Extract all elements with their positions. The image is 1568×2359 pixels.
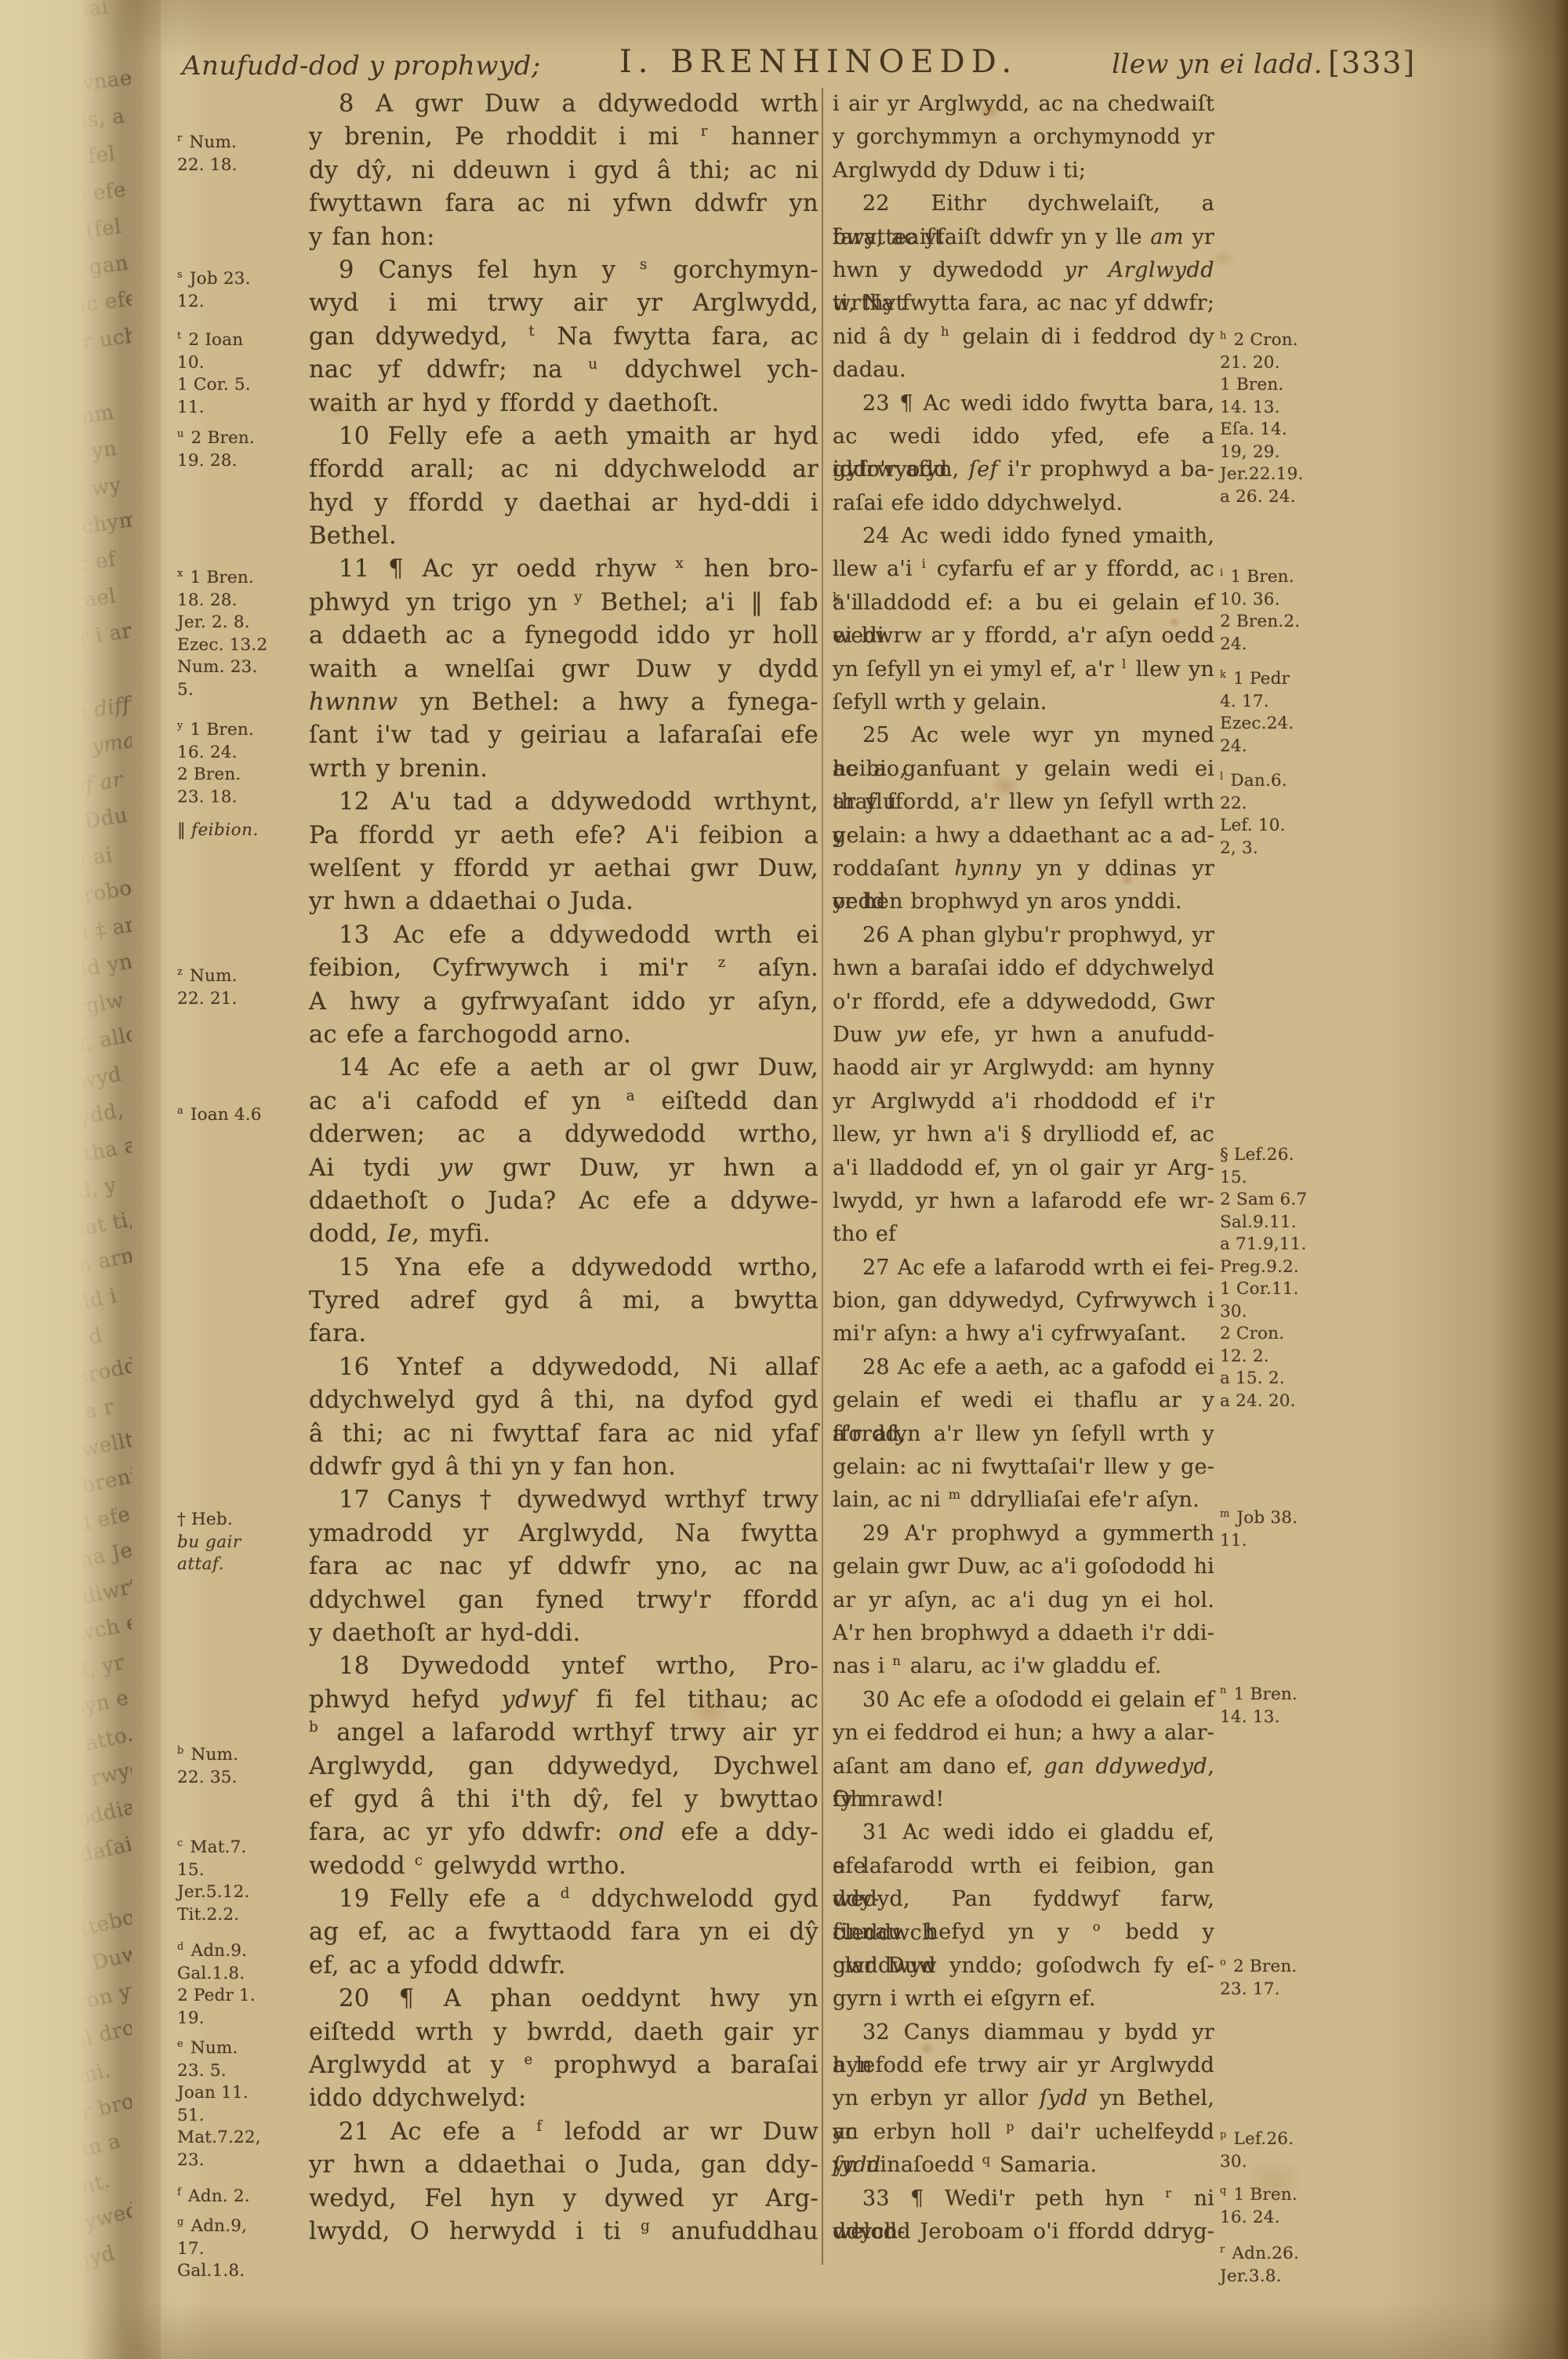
text-line: waith ar hyd y ffordd y daethoſt.: [309, 387, 818, 420]
text-line: hwn a baraſai iddo ef ddychwelyd: [833, 952, 1214, 985]
margin-note-line: 14. 13.: [1220, 1707, 1298, 1729]
text-line: nac yf ddwfr; na u ddychwel ych-: [309, 354, 818, 387]
text-line: y fan hon:: [309, 221, 818, 254]
margin-note-line: 30.: [1220, 1301, 1307, 1324]
margin-note-line: r Num.: [177, 132, 238, 154]
margin-note-line: 2 Bren.2.: [1220, 611, 1300, 634]
scanned-book-page: r bobl, y rhaiefi.roboam a wnaetwythfed …: [0, 0, 1568, 2359]
margin-note-line: 16. 24.: [1220, 2207, 1298, 2230]
column-divider-rule: [822, 88, 823, 2265]
margin-note-line: Ezec.24.: [1220, 713, 1294, 736]
margin-note-line: ‖ feibion.: [177, 820, 259, 842]
text-line: 22 Eithr dychwelaiſt, a bwytteaiſt: [833, 187, 1214, 220]
text-line: bion, gan ddywedyd, Cyfrwywch i: [833, 1285, 1214, 1318]
text-line: A hwy a gyfrwyaſant iddo yr aſyn,: [309, 986, 818, 1019]
text-line: a'r aſyn a'r llew yn ſefyll wrth y: [833, 1418, 1214, 1451]
text-line: b angel a lafarodd wrthyf trwy air yr: [309, 1717, 818, 1750]
margin-note: e Num.23. 5.Joan 11.51.Mat.7.22,23.: [177, 2037, 261, 2172]
text-line: fara, ac yr yfo ddwfr: ond efe a ddy-: [309, 1816, 818, 1849]
text-line: 11 ¶ Ac yr oedd rhyw x hen bro-: [309, 553, 818, 586]
margin-note-line: a Ioan 4.6: [177, 1104, 262, 1127]
margin-note: † Heb.bu gairattaf.: [177, 1509, 241, 1576]
margin-note: i 1 Bren.10. 36.2 Bren.2.24.: [1220, 566, 1300, 656]
text-line: ffordd arall; ac ni ddychwelodd ar: [309, 453, 818, 486]
text-line: ar y ffordd, a'r llew yn ſefyll wrth y: [833, 786, 1214, 819]
text-line: gyrn i wrth ei eſgyrn ef.: [833, 1983, 1214, 2016]
text-line: Bethel.: [309, 520, 818, 553]
text-line: 31 Ac wedi iddo ei gladdu ef, efe: [833, 1816, 1214, 1849]
text-line: 23 ¶ Ac wedi iddo fwytta bara,: [833, 387, 1214, 420]
margin-note-line: s Job 23.: [177, 268, 251, 291]
text-line: hwn y dywedodd yr Arglwydd wrthyt: [833, 254, 1214, 287]
text-line: ddychwel gan fyned trwy'r ffordd: [309, 1584, 818, 1617]
text-line: y brenin, Pe rhoddit i mi r hanner: [309, 121, 818, 154]
text-line: llew a'i i cyfarfu ef ar y ffordd, ac a'…: [833, 553, 1214, 586]
text-line: yr hwn a ddaethai o Juda.: [309, 885, 818, 918]
text-line: finnau hefyd yn y o bedd y claddwyd: [833, 1916, 1214, 1949]
text-line: llew, yr hwn a'i § drylliodd ef, ac: [833, 1118, 1214, 1151]
margin-note-line: 2 Cron.: [1220, 1323, 1307, 1346]
text-line: mi'r aſyn: a hwy a'i cyfrwyaſant.: [833, 1318, 1214, 1350]
margin-note-line: i 1 Bren.: [1220, 566, 1300, 589]
text-line: nid â dy h gelain di i feddrod dy: [833, 321, 1214, 354]
text-line: ymadrodd yr Arglwydd, Na fwytta: [309, 1518, 818, 1550]
margin-note-line: Eſa. 14.: [1220, 419, 1303, 442]
bleed-page: r bobl, y rhaiefi.roboam a wnaetwythfed …: [0, 5, 132, 2314]
text-line: wedyd, Fel hyn y dywed yr Arg-: [309, 2183, 818, 2215]
page-number: [333]: [1328, 45, 1416, 80]
margin-note-line: 2 Pedr 1.: [177, 1985, 256, 2008]
text-line: phwyd hefyd ydwyf fi fel tithau; ac: [309, 1684, 818, 1717]
book-title: I. BRENHINOEDD.: [619, 44, 1018, 80]
margin-note-line: a 15. 2.: [1220, 1368, 1307, 1390]
margin-note-line: k 1 Pedr: [1220, 668, 1294, 691]
text-line: 26 A phan glybu'r prophwyd, yr: [833, 919, 1214, 952]
margin-note-line: 19, 29.: [1220, 442, 1303, 464]
margin-note: r Adn.26.Jer.3.8.: [1220, 2243, 1299, 2288]
text-line: eiſtedd wrth y bwrdd, daeth gair yr: [309, 2016, 818, 2049]
margin-note: r Num.22. 18.: [177, 132, 238, 176]
text-line: roddaſant hynny yn y ddinas yr oedd: [833, 852, 1214, 885]
text-line: A'r hen brophwyd a ddaeth i'r ddi-: [833, 1617, 1214, 1650]
text-line: 17 Canys † dywedwyd wrthyf trwy: [309, 1484, 818, 1517]
margin-note: t 2 Ioan10.1 Cor. 5.11.: [177, 329, 251, 419]
margin-note-line: d Adn.9.: [177, 1940, 256, 1963]
text-line: 27 Ac efe a lafarodd wrth ei fei-: [833, 1252, 1214, 1285]
margin-note-line: 1 Bren.: [1220, 374, 1303, 397]
text-line: 16 Yntef a ddywedodd, Ni allaf: [309, 1351, 818, 1384]
margin-note: z Num.22. 21.: [177, 965, 238, 1010]
margin-note: b Num.22. 35.: [177, 1744, 238, 1789]
previous-page-bleed: r bobl, y rhaiefi.roboam a wnaetwythfed …: [0, 0, 132, 2359]
margin-note-line: 22. 18.: [177, 154, 238, 177]
margin-note-line: b Num.: [177, 1744, 238, 1767]
text-line: fara ac nac yf ddwfr yno, ac na: [309, 1550, 818, 1583]
margin-note: k 1 Pedr4. 17.Ezec.24.24.: [1220, 668, 1294, 758]
margin-note: l Dan.6.22.Lef. 10.2, 3.: [1220, 770, 1287, 860]
text-line: o'r ffordd, efe a ddywedodd, Gwr: [833, 986, 1214, 1019]
text-line: ac wedi iddo yfed, efe a gyfrwyodd: [833, 420, 1214, 453]
text-line: 20 ¶ A phan oeddynt hwy yn: [309, 1983, 818, 2016]
text-line: wedodd c gelwydd wrtho.: [309, 1850, 818, 1883]
margin-note: x 1 Bren.18. 28.Jer. 2. 8.Ezec. 13.2Num.…: [177, 567, 267, 701]
text-line: ddwfr gyd â thi yn y fan hon.: [309, 1451, 818, 1484]
margin-note-line: t 2 Ioan: [177, 329, 251, 352]
text-line: 28 Ac efe a aeth, ac a gafodd ei: [833, 1351, 1214, 1384]
margin-note-line: 23. 5.: [177, 2060, 261, 2083]
text-line: yr Arglwydd a'i rhoddodd ef i'r: [833, 1085, 1214, 1118]
margin-note-line: attaf.: [177, 1554, 241, 1576]
text-line: hyd y ffordd y daethai ar hyd-ddi i: [309, 487, 818, 520]
margin-note-line: u 2 Bren.: [177, 427, 255, 450]
text-line: lwydd, yr hwn a lafarodd efe wr-: [833, 1185, 1214, 1218]
margin-note-line: † Heb.: [177, 1509, 241, 1532]
margin-note: m Job 38.11.: [1220, 1507, 1298, 1552]
text-line: k lladdodd ef: a bu ei gelain ef wedi: [833, 587, 1214, 620]
margin-note-line: Preg.9.2.: [1220, 1256, 1307, 1279]
text-line: gelain ef wedi ei thaflu ar y ffordd,: [833, 1384, 1214, 1417]
text-line: 18 Dywedodd yntef wrtho, Pro-: [309, 1650, 818, 1683]
text-line: welſent y ffordd yr aethai gwr Duw,: [309, 852, 818, 885]
text-line: aſant am dano ef, gan ddywedyd, Oh: [833, 1750, 1214, 1783]
margin-note-line: o 2 Bren.: [1220, 1956, 1297, 1979]
margin-note: ‖ feibion.: [177, 820, 259, 842]
text-line: lwydd, O herwydd i ti g anufuddhau: [309, 2215, 818, 2248]
text-line: ef, ac a yfodd ddwfr.: [309, 1950, 818, 1983]
text-line: 10 Felly efe a aeth ymaith ar hyd: [309, 420, 818, 453]
margin-note-line: Ezec. 13.2: [177, 634, 267, 657]
text-line: 33 ¶ Wedi'r peth hyn r ni ddych-: [833, 2183, 1214, 2215]
margin-note-line: 19. 28.: [177, 450, 255, 473]
text-line: 8 A gwr Duw a ddywedodd wrth: [309, 88, 818, 121]
running-title-right: llew yn ei ladd.: [1112, 49, 1323, 80]
margin-note-line: 23.: [177, 2150, 261, 2172]
text-line: raſai efe iddo ddychwelyd.: [833, 487, 1214, 520]
text-line: ddaethoſt o Juda? Ac efe a ddywe-: [309, 1185, 818, 1218]
margin-note-line: Tit.2.2.: [177, 1904, 250, 1927]
margin-note-line: q 1 Bren.: [1220, 2184, 1298, 2207]
margin-note-line: a 26. 24.: [1220, 486, 1303, 509]
text-line: 14 Ac efe a aeth ar ol gwr Duw,: [309, 1052, 818, 1085]
margin-note: d Adn.9.Gal.1.8.2 Pedr 1.19.: [177, 1940, 256, 2030]
margin-note-line: 22. 21.: [177, 988, 238, 1011]
margin-note: y 1 Bren.16. 24.2 Bren.23. 18.: [177, 719, 254, 809]
margin-note-line: Jer.5.12.: [177, 1881, 250, 1904]
margin-note-line: 22.: [1220, 793, 1287, 816]
margin-note-line: 11.: [1220, 1530, 1298, 1553]
margin-note-line: m Job 38.: [1220, 1507, 1298, 1530]
text-line: 12 A'u tad a ddywedodd wrthynt,: [309, 786, 818, 819]
margin-note-line: Joan 11.: [177, 2082, 261, 2105]
text-line: yn ei feddrod ei hun; a hwy a alar-: [833, 1717, 1214, 1750]
margin-note-line: 10. 36.: [1220, 589, 1300, 612]
margin-note-line: p Lef.26.: [1220, 2128, 1294, 2151]
margin-note-line: 11.: [177, 397, 251, 420]
margin-note-line: Jer. 2. 8.: [177, 612, 267, 634]
margin-note-line: 23. 18.: [177, 787, 254, 809]
text-line: ei bwrw ar y ffordd, a'r aſyn oedd: [833, 620, 1214, 652]
margin-note: s Job 23.12.: [177, 268, 251, 313]
margin-note-line: Mat.7.22,: [177, 2127, 261, 2150]
margin-note-line: 17.: [177, 2238, 247, 2261]
text-line: dodd, Ie, myfi.: [309, 1218, 818, 1251]
text-line: ti, Na fwytta fara, ac nac yf ddwfr;: [833, 287, 1214, 320]
text-line: ef gyd â thi i'th dŷ, fel y bwyttao: [309, 1783, 818, 1816]
text-line: ar yr aſyn, ac a'i dug yn ei hol.: [833, 1584, 1214, 1617]
margin-note: f Adn. 2.: [177, 2186, 250, 2208]
text-line: gelain: ac ni fwyttaſai'r llew y ge-: [833, 1451, 1214, 1484]
margin-note-line: 12. 2.: [1220, 1346, 1307, 1369]
text-line: ac a'i cafodd ef yn a eiſtedd dan: [309, 1085, 818, 1118]
text-line: Arglwydd dy Dduw i ti;: [833, 154, 1214, 187]
text-line: dadau.: [833, 354, 1214, 387]
margin-note-line: r Adn.26.: [1220, 2243, 1299, 2266]
text-line: 32 Canys diammau y bydd yr hyn: [833, 2016, 1214, 2049]
text-line: fwyttawn fara ac ni yfwn ddwfr yn: [309, 187, 818, 220]
margin-note: h 2 Cron.21. 20.1 Bren.14. 13.Eſa. 14.19…: [1220, 329, 1303, 508]
margin-note-line: 10.: [177, 352, 251, 375]
margin-note-line: 22. 35.: [177, 1767, 238, 1790]
text-line: â thi; ac ni fwyttaf fara ac nid yfaf: [309, 1418, 818, 1451]
margin-note-line: Jer.3.8.: [1220, 2266, 1299, 2288]
margin-note-line: Lef. 10.: [1220, 815, 1287, 838]
text-line: 15 Yna efe a ddywedodd wrtho,: [309, 1252, 818, 1285]
text-line: dderwen; ac a ddywedodd wrtho,: [309, 1118, 818, 1151]
margin-note-line: 5.: [177, 679, 267, 702]
margin-note-line: 18. 28.: [177, 590, 267, 612]
text-line: 21 Ac efe a f lefodd ar wr Duw: [309, 2116, 818, 2149]
text-line: welodd Jeroboam o'i ffordd ddryg-: [833, 2215, 1214, 2248]
text-line: ddychwelyd gyd â thi, na dyfod gyd: [309, 1384, 818, 1417]
text-line: a lefodd efe trwy air yr Arglwydd: [833, 2049, 1214, 2082]
margin-note-line: 21. 20.: [1220, 352, 1303, 375]
margin-note-line: c Mat.7.: [177, 1837, 250, 1859]
margin-note-line: h 2 Cron.: [1220, 329, 1303, 352]
text-line: hwnnw yn Bethel: a hwy a fynega-: [309, 686, 818, 719]
text-line: dy dŷ, ni ddeuwn i gyd â thi; ac ni: [309, 154, 818, 187]
margin-note-line: Gal.1.8.: [177, 2260, 247, 2283]
margin-note-line: 2 Sam 6.7: [1220, 1189, 1307, 1212]
text-line: 9 Canys fel hyn y s gorchymyn-: [309, 254, 818, 287]
text-line: 25 Ac wele wyr yn myned heibio,: [833, 719, 1214, 752]
margin-note-line: l Dan.6.: [1220, 770, 1287, 793]
margin-note-line: e Num.: [177, 2037, 261, 2060]
margin-note-line: § Lef.26.: [1220, 1144, 1307, 1167]
margin-note-line: x 1 Bren.: [177, 567, 267, 590]
text-line: ac a ganfuant y gelain wedi ei thaflu: [833, 753, 1214, 786]
margin-note-line: 30.: [1220, 2151, 1294, 2174]
margin-note-line: Gal.1.8.: [177, 1963, 256, 1986]
text-line: fy mrawd!: [833, 1783, 1214, 1816]
right-column-text: i air yr Arglwydd, ac na chedwaiſty gorc…: [833, 88, 1214, 2248]
text-line: tho ef: [833, 1218, 1214, 1251]
text-line: a'i lladdodd ef, yn ol gair yr Arg-: [833, 1152, 1214, 1185]
margin-note-line: bu gair: [177, 1532, 241, 1554]
text-line: yr hen brophwyd yn aros ynddi.: [833, 885, 1214, 918]
text-line: iddo'r aſyn, ſef i'r prophwyd a ba-: [833, 453, 1214, 486]
text-line: y gorchymmyn a orchymynodd yr: [833, 121, 1214, 154]
text-line: ag ef, ac a fwyttaodd fara yn ei dŷ: [309, 1916, 818, 1949]
margin-note: q 1 Bren.16. 24.: [1220, 2184, 1298, 2229]
text-line: iddo ddychwelyd:: [309, 2082, 818, 2115]
margin-note: c Mat.7.15.Jer.5.12.Tit.2.2.: [177, 1837, 250, 1926]
text-line: 19 Felly efe a d ddychwelodd gyd: [309, 1883, 818, 1916]
text-line: yn erbyn holl p dai'r uchelfeydd ſydd: [833, 2116, 1214, 2149]
text-line: 30 Ac efe a oſododd ei gelain ef: [833, 1684, 1214, 1717]
text-line: waith a wnelſai gwr Duw y dydd: [309, 653, 818, 686]
text-line: feibion, Cyfrwywch i mi'r z aſyn.: [309, 952, 818, 985]
margin-note-line: 15.: [177, 1859, 250, 1882]
text-line: wrth y brenin.: [309, 753, 818, 786]
text-line: Ai tydi yw gwr Duw, yr hwn a: [309, 1152, 818, 1185]
margin-note: a Ioan 4.6: [177, 1104, 262, 1127]
text-line: 24 Ac wedi iddo fyned ymaith,: [833, 520, 1214, 553]
margin-note: p Lef.26.30.: [1220, 2128, 1294, 2173]
text-line: gelain gwr Duw, ac a'i goſododd hi: [833, 1550, 1214, 1583]
margin-note-line: Sal.9.11.: [1220, 1212, 1307, 1234]
text-line: gan ddywedyd, t Na fwytta fara, ac: [309, 321, 818, 354]
text-line: Tyred adref gyd â mi, a bwytta: [309, 1285, 818, 1318]
margin-note-line: 23. 17.: [1220, 1979, 1297, 2001]
text-line: 13 Ac efe a ddywedodd wrth ei: [309, 919, 818, 952]
margin-note-line: 15.: [1220, 1167, 1307, 1190]
text-line: fara.: [309, 1318, 818, 1350]
margin-note-line: 1 Cor.11.: [1220, 1278, 1307, 1301]
margin-note: u 2 Bren.19. 28.: [177, 427, 255, 472]
margin-note-line: a 24. 20.: [1220, 1390, 1307, 1413]
margin-note-line: 4. 17.: [1220, 691, 1294, 714]
text-line: Arglwydd, gan ddywedyd, Dychwel: [309, 1750, 818, 1783]
text-line: a ddaeth ac a fynegodd iddo yr holl: [309, 620, 818, 652]
text-line: yn erbyn yr allor ſydd yn Bethel, ac: [833, 2082, 1214, 2115]
text-line: yr hwn a ddaethai o Juda, gan ddy-: [309, 2149, 818, 2182]
margin-note: § Lef.26.15.2 Sam 6.7Sal.9.11.a 71.9,11.…: [1220, 1144, 1307, 1412]
margin-note-line: 51.: [177, 2105, 261, 2128]
text-line: nas i n alaru, ac i'w gladdu ef.: [833, 1650, 1214, 1683]
text-line: Duw yw efe, yr hwn a anufudd-: [833, 1019, 1214, 1052]
margin-note-line: n 1 Bren.: [1220, 1684, 1298, 1707]
text-line: phwyd yn trigo yn y Bethel; a'i ‖ fab: [309, 587, 818, 620]
text-line: a lafarodd wrth ei feibion, gan ddy-: [833, 1850, 1214, 1883]
text-line: gwr Duw ynddo; goſodwch fy eſ-: [833, 1950, 1214, 1983]
text-line: Arglwydd at y e prophwyd a baraſai: [309, 2049, 818, 2082]
margin-note-line: Jer.22.19.: [1220, 463, 1303, 486]
text-line: wedyd, Pan fyddwyf farw, cleddwch: [833, 1883, 1214, 1916]
text-line: wyd i mi trwy air yr Arglwydd,: [309, 287, 818, 320]
margin-note: o 2 Bren.23. 17.: [1220, 1956, 1297, 2001]
text-line: ſefyll wrth y gelain.: [833, 686, 1214, 719]
text-line: haodd air yr Arglwydd: am hynny: [833, 1052, 1214, 1085]
margin-note: g Adn.9,17.Gal.1.8.: [177, 2215, 247, 2283]
margin-note-line: 12.: [177, 291, 251, 314]
text-line: yn ninaſoedd q Samaria.: [833, 2149, 1214, 2182]
text-line: fara, ac yfaiſt ddwfr yn y lle am yr: [833, 221, 1214, 254]
margin-note-line: f Adn. 2.: [177, 2186, 250, 2208]
margin-note-line: a 71.9,11.: [1220, 1234, 1307, 1256]
text-line: y daethoſt ar hyd-ddi.: [309, 1617, 818, 1650]
margin-note-line: 2 Bren.: [177, 764, 254, 787]
margin-note-line: Num. 23.: [177, 656, 267, 679]
margin-note-line: 14. 13.: [1220, 397, 1303, 420]
running-title-left: Anufudd-dod y prophwyd;: [182, 50, 541, 82]
margin-note-line: g Adn.9,: [177, 2215, 247, 2238]
text-line: yn ſefyll yn ei ymyl ef, a'r l llew yn: [833, 653, 1214, 686]
margin-note-line: 19.: [177, 2008, 256, 2030]
left-column-text: 8 A gwr Duw a ddywedodd wrthy brenin, Pe…: [309, 88, 818, 2248]
text-line: gelain: a hwy a ddaethant ac a ad-: [833, 820, 1214, 852]
margin-note-line: 24.: [1220, 736, 1294, 758]
text-line: i air yr Arglwydd, ac na chedwaiſt: [833, 88, 1214, 121]
margin-note-line: 1 Cor. 5.: [177, 374, 251, 397]
text-line: ac efe a farchogodd arno.: [309, 1019, 818, 1052]
margin-note-line: 2, 3.: [1220, 838, 1287, 860]
text-line: lain, ac ni m ddrylliaſai efe'r aſyn.: [833, 1484, 1214, 1517]
text-line: ſant i'w tad y geiriau a lafaraſai efe: [309, 719, 818, 752]
margin-note-line: 16. 24.: [177, 742, 254, 765]
text-line: 29 A'r prophwyd a gymmerth: [833, 1518, 1214, 1550]
text-line: Pa ffordd yr aeth efe? A'i feibion a: [309, 820, 818, 852]
margin-note-line: 24.: [1220, 634, 1300, 656]
margin-note: n 1 Bren.14. 13.: [1220, 1684, 1298, 1728]
margin-note-line: z Num.: [177, 965, 238, 988]
margin-note-line: y 1 Bren.: [177, 719, 254, 742]
